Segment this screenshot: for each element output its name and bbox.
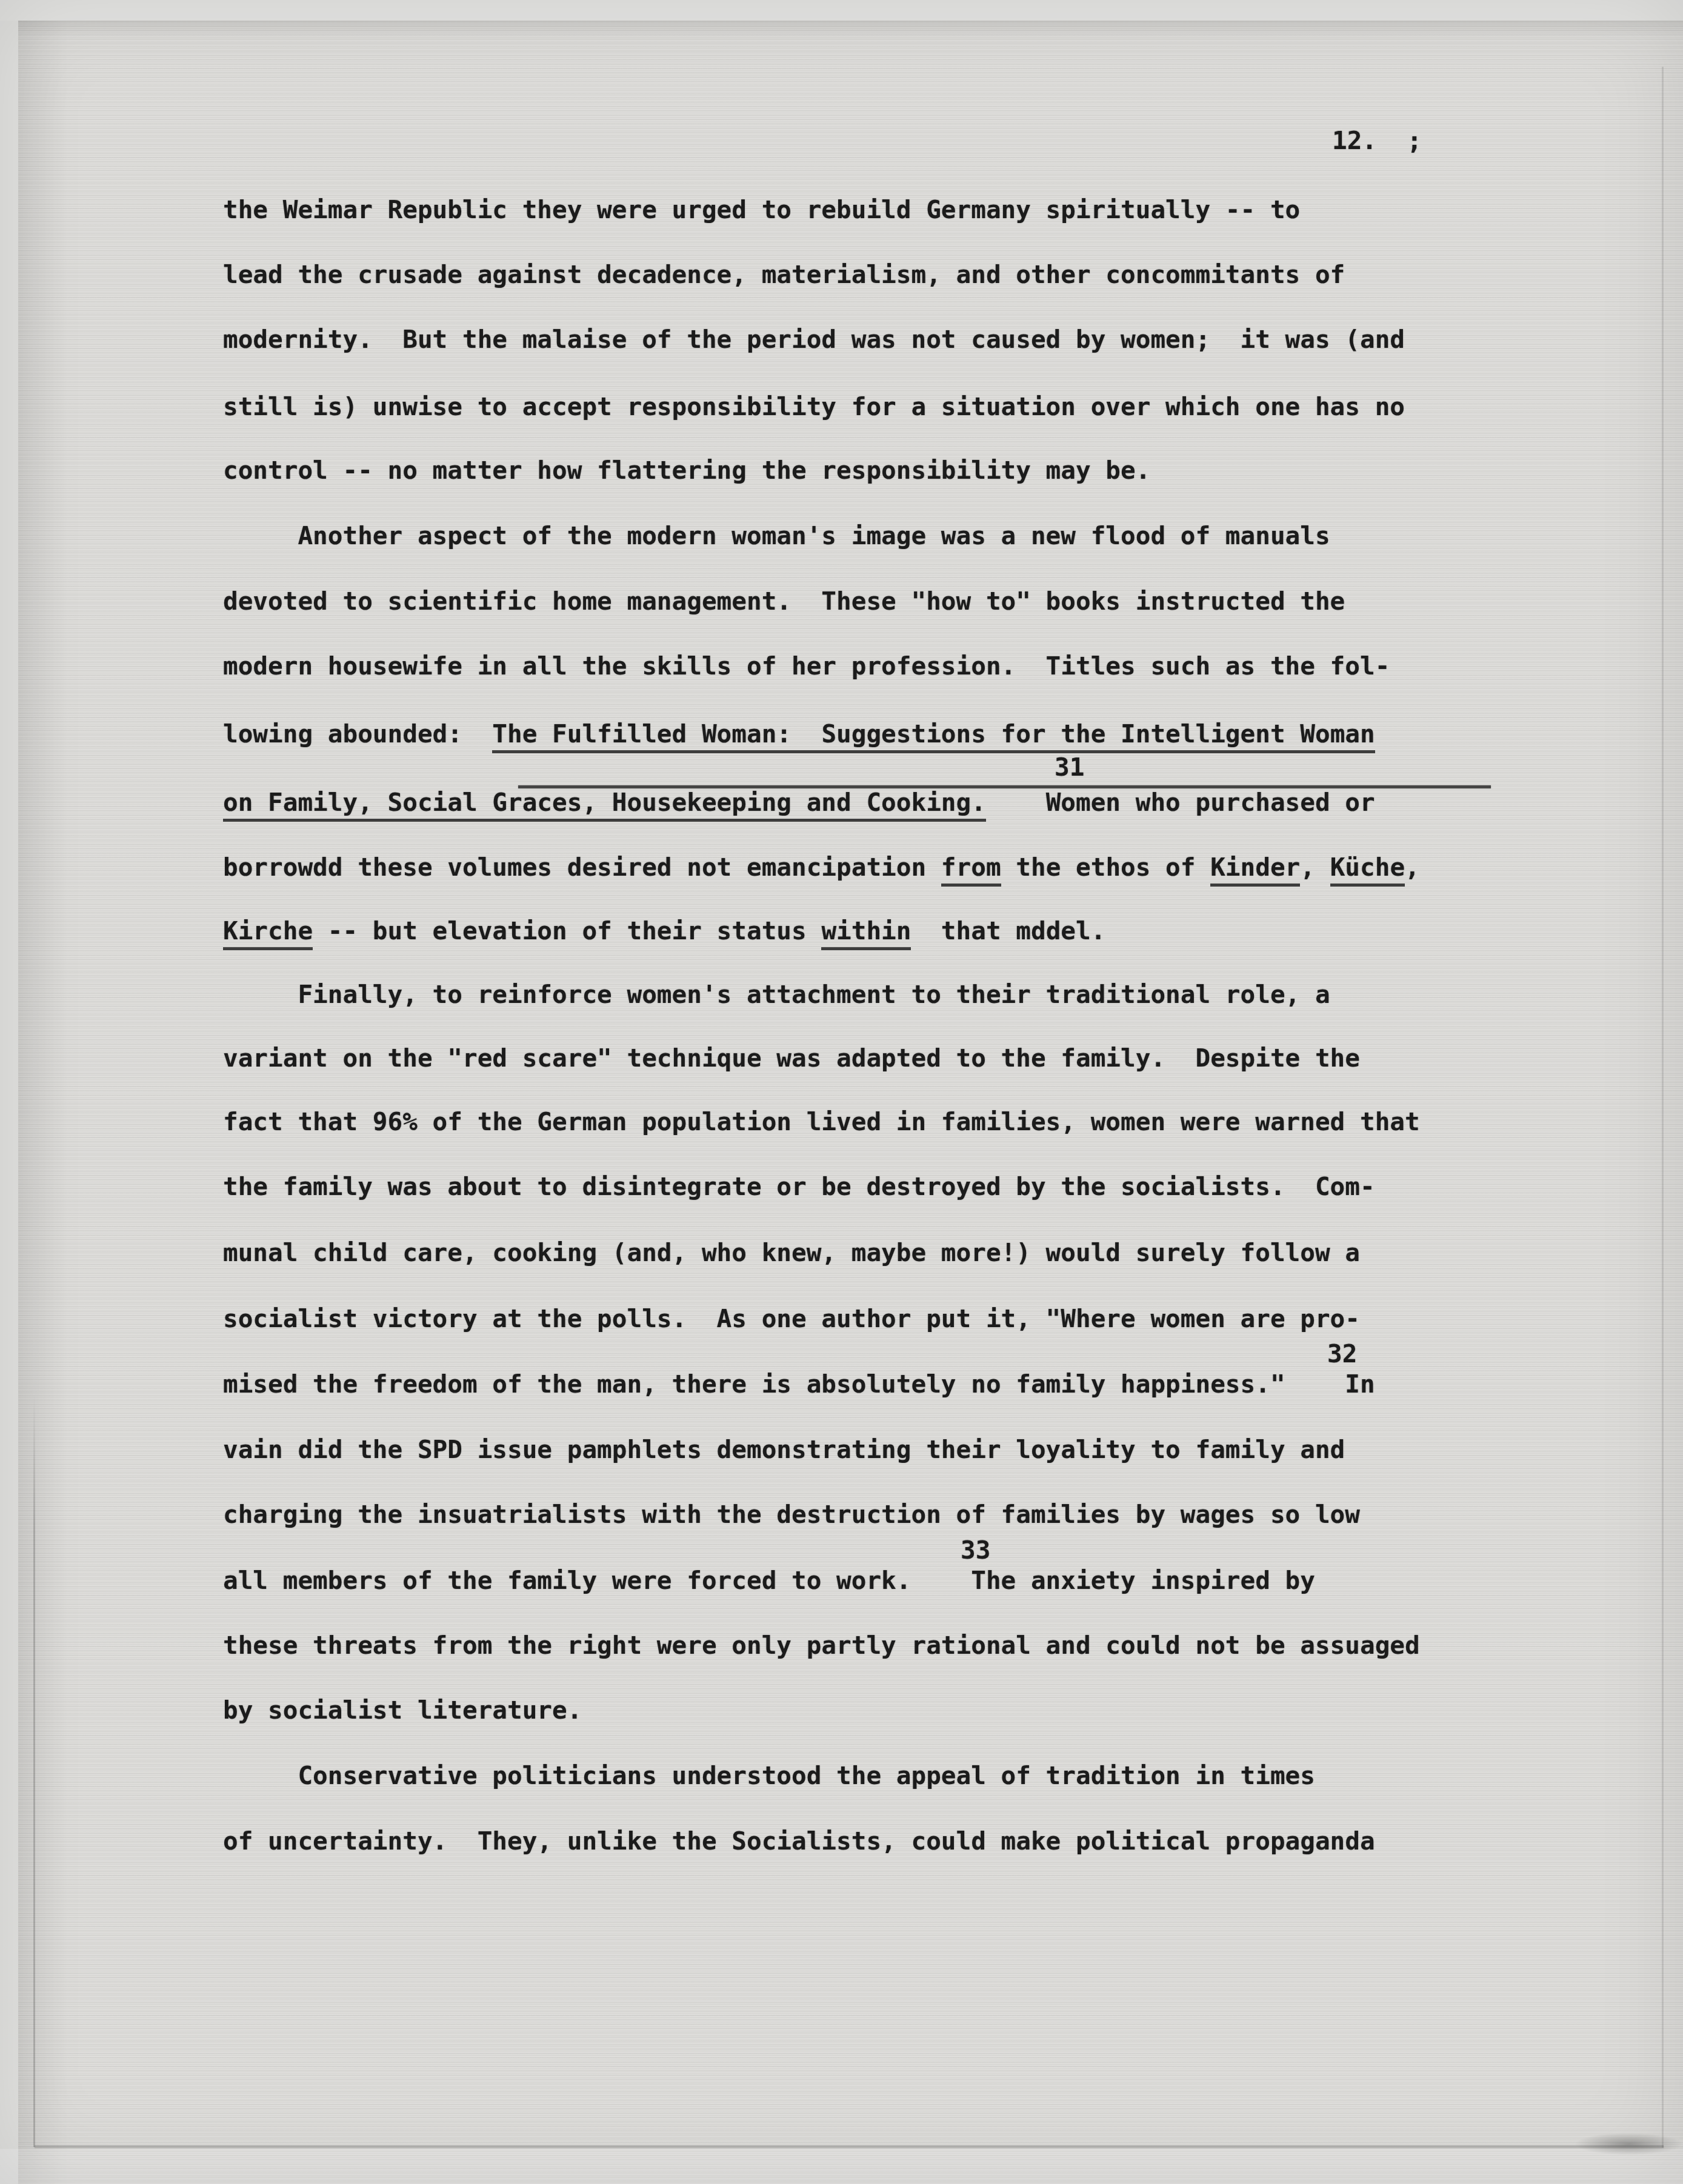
text-line: charging the insuatrialists with the des… <box>223 1500 1360 1529</box>
sheet-left-edge-line <box>33 1394 35 2147</box>
scan-bottom-backdrop <box>0 2149 1683 2184</box>
text-line: Conservative politicians understood the … <box>223 1761 1315 1790</box>
scan-top-backdrop <box>0 0 1683 21</box>
sheet-top-edge-shadow <box>0 21 1683 38</box>
footnote-number: 32 <box>1327 1339 1357 1368</box>
plain-text: Finally, to reinforce women's attachment… <box>223 980 1330 1009</box>
underlined-text: Kinder <box>1210 853 1300 887</box>
underlined-text: Kirche <box>223 916 313 950</box>
text-line: socialist victory at the polls. As one a… <box>223 1304 1360 1333</box>
plain-text: Conservative politicians understood the … <box>223 1761 1315 1790</box>
text-line: these threats from the right were only p… <box>223 1631 1420 1660</box>
text-line: Finally, to reinforce women's attachment… <box>223 980 1330 1009</box>
plain-text: still is) unwise to accept responsibilit… <box>223 392 1405 421</box>
plain-text: lead the crusade against decadence, mate… <box>223 260 1345 289</box>
text-line: Another aspect of the modern woman's ima… <box>223 521 1330 550</box>
plain-text: vain did the SPD issue pamphlets demonst… <box>223 1435 1345 1464</box>
text-line: of uncertainty. They, unlike the Sociali… <box>223 1826 1375 1856</box>
text-line: the Weimar Republic they were urged to r… <box>223 195 1300 224</box>
text-line: modernity. But the malaise of the period… <box>223 325 1405 354</box>
plain-text: variant on the "red scare" technique was… <box>223 1044 1360 1073</box>
plain-text: devoted to scientific home management. T… <box>223 587 1345 616</box>
plain-text: charging the insuatrialists with the des… <box>223 1500 1360 1529</box>
sheet-right-edge-line <box>1662 67 1664 2148</box>
plain-text: of uncertainty. They, unlike the Sociali… <box>223 1826 1375 1856</box>
text-line: control -- no matter how flattering the … <box>223 456 1150 485</box>
footnote-number: 33 <box>961 1536 990 1565</box>
plain-text: modern housewife in all the skills of he… <box>223 651 1390 681</box>
plain-text: by socialist literature. <box>223 1696 582 1725</box>
text-line: munal child care, cooking (and, who knew… <box>223 1238 1360 1267</box>
text-line: Kirche -- but elevation of their status … <box>223 916 1105 945</box>
sheet-bottom-edge-line <box>35 2145 1664 2148</box>
plain-text: lowing abounded: <box>223 719 492 748</box>
plain-text: , <box>1300 853 1330 882</box>
text-line: lead the crusade against decadence, mate… <box>223 260 1345 289</box>
text-line: by socialist literature. <box>223 1696 582 1725</box>
text-line: variant on the "red scare" technique was… <box>223 1044 1360 1073</box>
scan-left-backdrop <box>0 21 18 2184</box>
scanned-typescript-page: 12. ; the Weimar Republic they were urge… <box>0 0 1683 2184</box>
text-line: the family was about to disintegrate or … <box>223 1172 1375 1201</box>
plain-text: Women who purchased or <box>986 788 1375 817</box>
plain-text: mised the freedom of the man, there is a… <box>223 1370 1375 1399</box>
plain-text: the family was about to disintegrate or … <box>223 1172 1375 1201</box>
text-line: mised the freedom of the man, there is a… <box>223 1370 1375 1399</box>
plain-text: modernity. But the malaise of the period… <box>223 325 1405 354</box>
plain-text: -- but elevation of their status <box>313 916 821 945</box>
plain-text: borrowdd these volumes desired not emanc… <box>223 853 941 882</box>
plain-text: Another aspect of the modern woman's ima… <box>223 521 1330 550</box>
underlined-text: from <box>941 853 1001 887</box>
text-line: lowing abounded: The Fulfilled Woman: Su… <box>223 719 1375 748</box>
plain-text: control -- no matter how flattering the … <box>223 456 1150 485</box>
underlined-text: on Family, Social Graces, Housekeeping a… <box>223 788 986 822</box>
text-line: devoted to scientific home management. T… <box>223 587 1345 616</box>
scan-corner-smudge <box>1576 2133 1682 2155</box>
text-line: all members of the family were forced to… <box>223 1566 1315 1595</box>
plain-text: socialist victory at the polls. As one a… <box>223 1304 1360 1333</box>
plain-text: fact that 96% of the German population l… <box>223 1107 1420 1136</box>
text-line: fact that 96% of the German population l… <box>223 1107 1420 1136</box>
plain-text: munal child care, cooking (and, who knew… <box>223 1238 1360 1267</box>
plain-text: that mddel. <box>911 916 1105 945</box>
plain-text: the ethos of <box>1001 853 1211 882</box>
plain-text: , <box>1405 853 1420 882</box>
text-line: on Family, Social Graces, Housekeeping a… <box>223 788 1375 817</box>
page-number: 12. ; <box>1332 126 1422 155</box>
footnote-number: 31 <box>1055 753 1084 782</box>
text-line: modern housewife in all the skills of he… <box>223 651 1390 681</box>
plain-text: all members of the family were forced to… <box>223 1566 1315 1595</box>
plain-text: these threats from the right were only p… <box>223 1631 1420 1660</box>
underlined-text: Küche <box>1330 853 1405 887</box>
text-line: borrowdd these volumes desired not emanc… <box>223 853 1420 882</box>
underlined-text: The Fulfilled Woman: Suggestions for the… <box>492 719 1375 753</box>
text-line: vain did the SPD issue pamphlets demonst… <box>223 1435 1345 1464</box>
sheet-left-edge-shadow <box>18 21 73 2184</box>
plain-text: the Weimar Republic they were urged to r… <box>223 195 1300 224</box>
underlined-text: within <box>821 916 911 950</box>
text-line: still is) unwise to accept responsibilit… <box>223 392 1405 421</box>
